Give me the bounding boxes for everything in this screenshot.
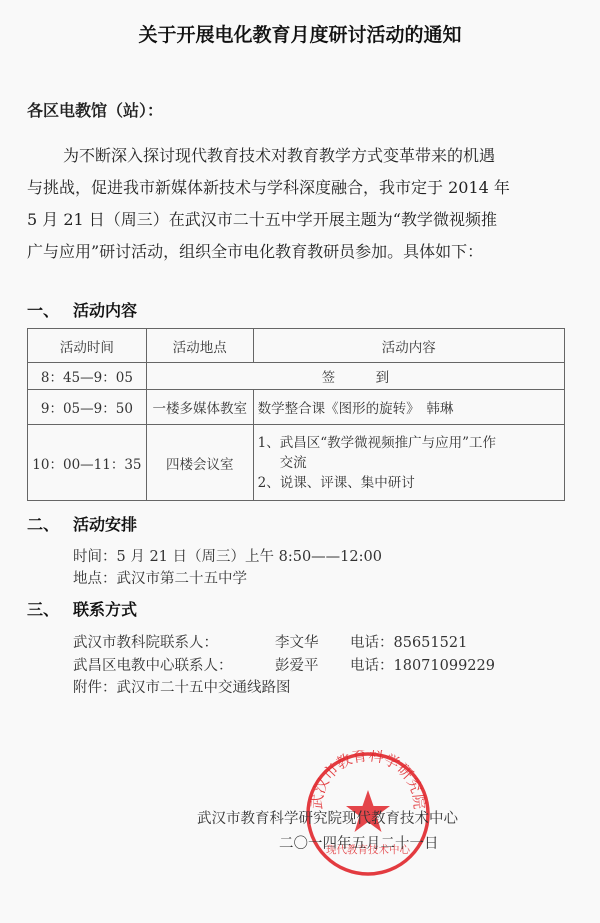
event-place: 地点：武汉市第二十五中学 <box>73 567 247 588</box>
section-number: 二、 <box>27 512 73 535</box>
attachment-note: 附件：武汉市二十五中交通线路图 <box>73 676 291 697</box>
section-heading-arrangement: 二、活动安排 <box>27 512 137 535</box>
content-item: 1、武昌区“教学微视频推广与应用”工作 <box>258 433 560 453</box>
header-cell-content: 活动内容 <box>253 329 564 363</box>
contact-phone: 电话：85651521 <box>350 631 467 652</box>
header-cell-time: 活动时间 <box>28 329 147 363</box>
table-row: 8：45—9：05 签 到 <box>28 363 565 390</box>
contact-name: 李文华 <box>275 631 319 652</box>
section-number: 一、 <box>27 298 73 321</box>
content-item-continued: 交流 <box>258 453 560 473</box>
table-row: 9：05—9：50 一楼多媒体教室 数学整合课《图形的旋转》 韩琳 <box>28 390 565 425</box>
cell-time: 9：05—9：50 <box>28 390 147 425</box>
contact-label: 武汉市教科院联系人： <box>73 635 218 651</box>
intro-line: 与挑战，促进我市新媒体新技术与学科深度融合，我市定于 2014 年 <box>27 172 557 204</box>
table-row: 10：00—11：35 四楼会议室 1、武昌区“教学微视频推广与应用”工作 交流… <box>28 425 565 501</box>
header-cell-place: 活动地点 <box>146 329 253 363</box>
event-time: 时间：5 月 21 日（周三）上午 8:50——12:00 <box>73 545 382 566</box>
cell-time: 8：45—9：05 <box>28 363 147 390</box>
document-title: 关于开展电化教育月度研讨活动的通知 <box>0 20 600 47</box>
table-header-row: 活动时间 活动地点 活动内容 <box>28 329 565 363</box>
intro-line: 为不断深入探讨现代教育技术对教育教学方式变革带来的机遇 <box>27 140 557 172</box>
cell-place: 一楼多媒体教室 <box>146 390 253 425</box>
signature-date: 二〇一四年五月二十一日 <box>279 832 439 853</box>
contact-label: 武昌区电教中心联系人： <box>73 658 233 674</box>
contact-row: 武昌区电教中心联系人： <box>73 654 233 675</box>
intro-paragraph: 为不断深入探讨现代教育技术对教育教学方式变革带来的机遇 与挑战，促进我市新媒体新… <box>27 140 557 268</box>
intro-line: 广与应用”研讨活动，组织全市电化教育教研员参加。具体如下： <box>27 236 557 268</box>
contact-phone: 电话：18071099229 <box>350 654 495 675</box>
cell-content: 数学整合课《图形的旋转》 韩琳 <box>253 390 564 425</box>
contact-row: 武汉市教科院联系人： <box>73 631 218 652</box>
section-number: 三、 <box>27 597 73 620</box>
cell-content: 1、武昌区“教学微视频推广与应用”工作 交流 2、说课、评课、集中研讨 <box>253 425 564 501</box>
section-heading-activity-content: 一、活动内容 <box>27 298 137 321</box>
section-title: 活动安排 <box>73 515 137 534</box>
intro-line: 5 月 21 日（周三）在武汉市二十五中学开展主题为“教学微视频推 <box>27 204 557 236</box>
cell-content-signin: 签 到 <box>146 363 564 390</box>
section-heading-contact: 三、联系方式 <box>27 597 137 620</box>
cell-place: 四楼会议室 <box>146 425 253 501</box>
schedule-table: 活动时间 活动地点 活动内容 8：45—9：05 签 到 9：05—9：50 一… <box>27 328 565 501</box>
salutation: 各区电教馆（站）： <box>27 98 163 121</box>
section-title: 活动内容 <box>73 301 137 320</box>
cell-time: 10：00—11：35 <box>28 425 147 501</box>
section-title: 联系方式 <box>73 600 137 619</box>
signature-organization: 武汉市教育科学研究院现代教育技术中心 <box>197 807 458 828</box>
contact-name: 彭爱平 <box>275 654 319 675</box>
content-item: 2、说课、评课、集中研讨 <box>258 473 560 493</box>
